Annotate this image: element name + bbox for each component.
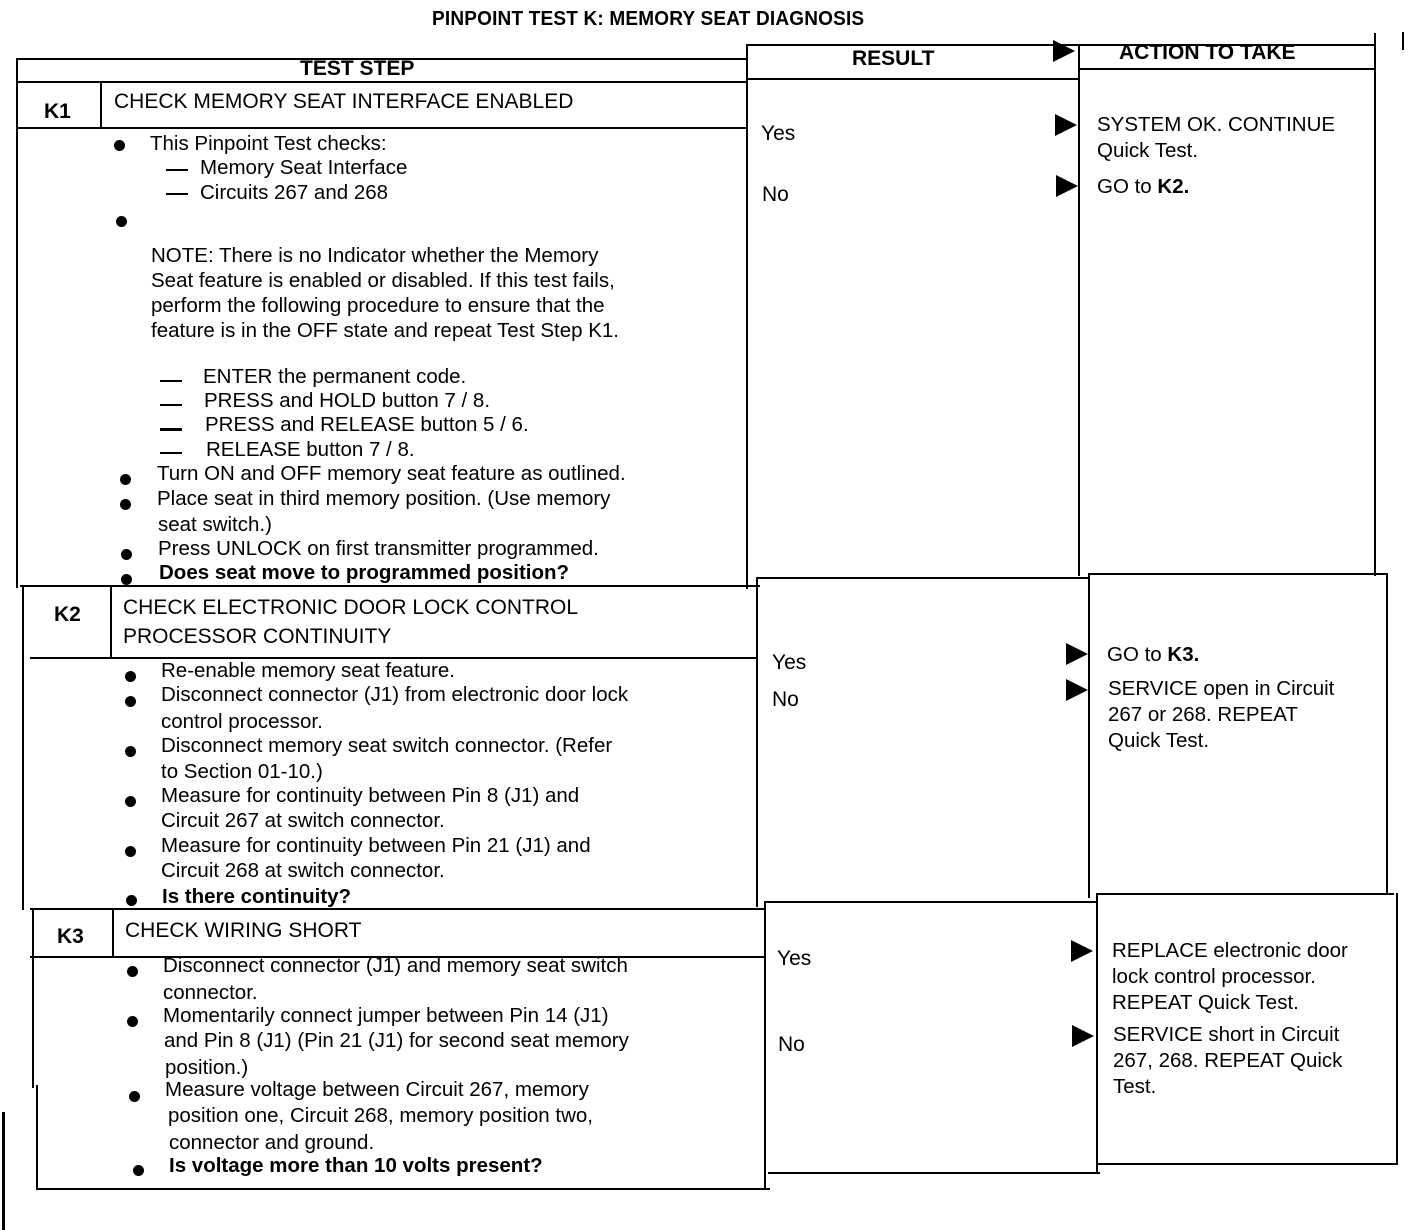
divider (36, 1188, 770, 1190)
divider (20, 585, 760, 587)
arrow-right-icon (1055, 114, 1077, 136)
step-text: Disconnect connector (J1) from electroni… (161, 682, 628, 707)
dash-icon (166, 193, 188, 195)
step-text: Press UNLOCK on first transmitter progra… (158, 536, 599, 561)
action-line: Quick Test. (1108, 728, 1334, 754)
divider (1088, 573, 1090, 898)
divider (112, 908, 114, 958)
dash-icon (160, 404, 182, 406)
step-text: control processor. (161, 709, 323, 734)
bullet-icon (114, 140, 125, 151)
step-text: Disconnect connector (J1) and memory sea… (163, 953, 628, 978)
bullet-icon (127, 966, 138, 977)
step-question: Does seat move to programmed position? (159, 560, 569, 585)
divider (1374, 33, 1376, 576)
divider (32, 908, 34, 1088)
result-no: No (778, 1033, 805, 1057)
step-question: Is voltage more than 10 volts present? (169, 1153, 543, 1178)
bullet-icon (120, 499, 131, 510)
divider (36, 1085, 38, 1190)
bullet-icon (125, 671, 136, 682)
note-line: perform the following procedure to ensur… (151, 293, 619, 318)
note-line: NOTE: There is no Indicator whether the … (151, 243, 619, 268)
step-text: connector. (163, 980, 258, 1005)
divider (746, 44, 748, 589)
step-text: Memory Seat Interface (200, 155, 407, 180)
bullet-icon (125, 846, 136, 857)
step-text: connector and ground. (169, 1130, 374, 1155)
bullet-icon (125, 746, 136, 757)
action-text: REPLACE electronic door lock control pro… (1112, 938, 1348, 1016)
divider (768, 1172, 1100, 1174)
result-yes: Yes (761, 122, 795, 146)
action-text: SERVICE short in Circuit 267, 268. REPEA… (1113, 1022, 1342, 1100)
divider (22, 585, 24, 910)
bullet-icon (120, 474, 131, 485)
step-text: Turn ON and OFF memory seat feature as o… (157, 461, 626, 486)
action-line: Quick Test. (1097, 138, 1335, 164)
result-yes: Yes (772, 651, 806, 675)
arrow-right-icon (1056, 175, 1078, 197)
step-text: Measure voltage between Circuit 267, mem… (165, 1077, 589, 1102)
bullet-icon (125, 696, 136, 707)
bullet-icon (125, 796, 136, 807)
header-result: RESULT (852, 47, 934, 71)
step-text: RELEASE button 7 / 8. (206, 437, 415, 462)
action-line: REPEAT Quick Test. (1112, 990, 1348, 1016)
divider (1386, 573, 1388, 895)
step-question: Is there continuity? (162, 884, 351, 909)
divider (100, 81, 102, 129)
step-text: and Pin 8 (J1) (Pin 21 (J1) for second s… (164, 1028, 629, 1053)
result-no: No (772, 688, 799, 712)
action-line: Test. (1113, 1074, 1342, 1100)
result-no: No (762, 183, 789, 207)
step-text: Measure for continuity between Pin 21 (J… (161, 833, 591, 858)
bullet-icon (127, 1016, 138, 1027)
note-line: feature is in the OFF state and repeat T… (151, 318, 619, 343)
step-text: Measure for continuity between Pin 8 (J1… (161, 783, 579, 808)
step-title: CHECK ELECTRONIC DOOR LOCK CONTROL PROCE… (123, 593, 578, 651)
divider (1396, 893, 1398, 1165)
bullet-icon (121, 549, 132, 560)
step-id: K1 (44, 100, 71, 124)
action-text: SYSTEM OK. CONTINUE Quick Test. (1097, 112, 1335, 164)
step-id: K2 (54, 603, 81, 627)
step-id: K3 (57, 925, 84, 949)
action-line: lock control processor. (1112, 964, 1348, 990)
goto-step-link[interactable]: K3. (1167, 643, 1199, 666)
divider (1098, 1163, 1398, 1165)
divider (1088, 573, 1388, 575)
note-text: NOTE: There is no Indicator whether the … (151, 243, 619, 343)
action-prefix: GO to (1107, 643, 1167, 666)
header-test-step: TEST STEP (300, 57, 414, 81)
step-title-line: CHECK ELECTRONIC DOOR LOCK CONTROL (123, 593, 578, 622)
divider (1096, 893, 1098, 1173)
action-line: SERVICE short in Circuit (1113, 1022, 1342, 1048)
step-text: to Section 01-10.) (161, 759, 323, 784)
step-text: Circuit 268 at switch connector. (161, 858, 445, 883)
dash-icon (160, 380, 182, 382)
divider (746, 78, 1079, 80)
step-text: PRESS and RELEASE button 5 / 6. (205, 412, 529, 437)
step-text: PRESS and HOLD button 7 / 8. (204, 388, 490, 413)
step-text: position one, Circuit 268, memory positi… (168, 1103, 593, 1128)
divider (1078, 44, 1080, 576)
divider (756, 577, 1090, 579)
divider (110, 585, 112, 659)
note-line: Seat feature is enabled or disabled. If … (151, 268, 619, 293)
step-text: Momentarily connect jumper between Pin 1… (163, 1003, 609, 1028)
step-text: This Pinpoint Test checks: (150, 131, 387, 156)
dash-icon (166, 169, 188, 171)
header-action: ACTION TO TAKE (1119, 41, 1296, 65)
step-text: Place seat in third memory position. (Us… (157, 486, 610, 511)
divider (1096, 893, 1394, 895)
divider (756, 577, 758, 907)
action-text: GO to K2. (1097, 174, 1189, 200)
divider (30, 908, 766, 910)
arrow-right-icon (1066, 643, 1088, 665)
step-text: Circuits 267 and 268 (200, 180, 388, 205)
step-title: CHECK WIRING SHORT (125, 917, 361, 945)
scan-mark (1402, 32, 1404, 50)
action-text: SERVICE open in Circuit 267 or 268. REPE… (1108, 676, 1334, 754)
dash-icon (160, 452, 182, 454)
action-line: SYSTEM OK. CONTINUE (1097, 112, 1335, 138)
arrow-right-icon (1066, 679, 1088, 701)
scan-mark (2, 1112, 5, 1230)
action-line: 267, 268. REPEAT Quick (1113, 1048, 1342, 1074)
goto-step-link[interactable]: K2. (1157, 175, 1189, 198)
action-line: REPLACE electronic door (1112, 938, 1348, 964)
action-prefix: GO to (1097, 175, 1157, 198)
divider (1078, 68, 1376, 70)
divider (764, 901, 766, 1190)
arrow-right-icon (1071, 940, 1093, 962)
step-title-line: PROCESSOR CONTINUITY (123, 622, 578, 651)
divider (764, 901, 1098, 903)
arrow-right-icon (1072, 1025, 1094, 1047)
bullet-icon (133, 1165, 144, 1176)
bullet-icon (126, 895, 137, 906)
step-text: seat switch.) (158, 512, 272, 537)
bullet-icon (116, 216, 127, 227)
bullet-icon (121, 574, 132, 585)
action-line: 267 or 268. REPEAT (1108, 702, 1334, 728)
action-text: GO to K3. (1107, 642, 1199, 668)
step-text: Re-enable memory seat feature. (161, 658, 455, 683)
step-text: ENTER the permanent code. (203, 364, 466, 389)
divider (16, 81, 748, 83)
bullet-icon (129, 1091, 140, 1102)
step-text: Circuit 267 at switch connector. (161, 808, 445, 833)
divider (16, 127, 748, 129)
divider (16, 58, 18, 588)
action-line: SERVICE open in Circuit (1108, 676, 1334, 702)
page-title: PINPOINT TEST K: MEMORY SEAT DIAGNOSIS (432, 8, 864, 31)
result-yes: Yes (777, 947, 811, 971)
step-text: Disconnect memory seat switch connector.… (161, 733, 612, 758)
step-title: CHECK MEMORY SEAT INTERFACE ENABLED (114, 88, 573, 116)
arrow-right-icon (1053, 40, 1075, 62)
dash-icon (160, 428, 182, 431)
